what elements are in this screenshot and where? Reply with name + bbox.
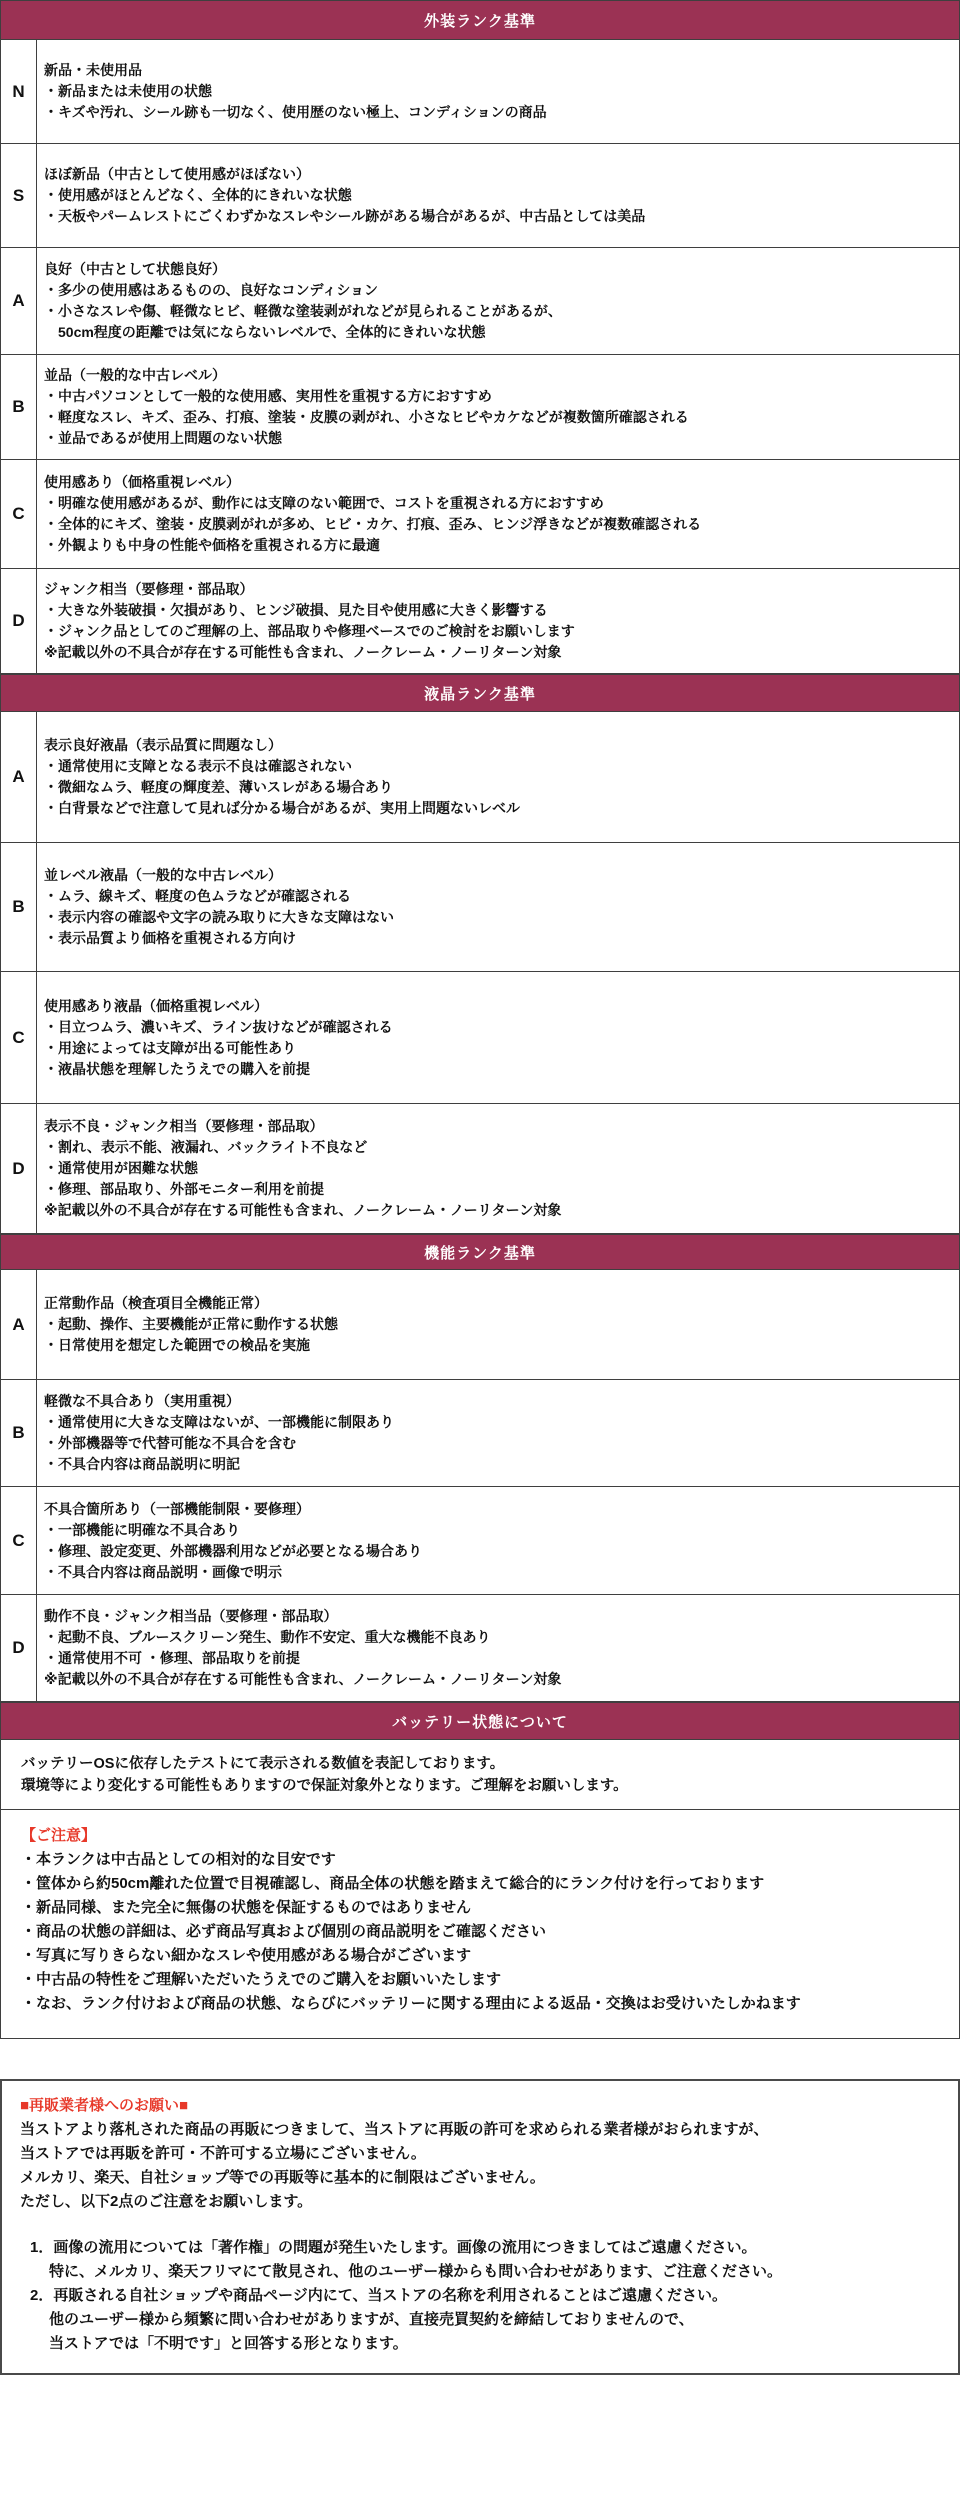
row-content: 不具合箇所あり（一部機能制限・要修理）・一部機能に明確な不具合あり・修理、設定変…	[37, 1487, 959, 1594]
rank-letter-cell: C	[1, 460, 37, 568]
criteria-line: ・中古パソコンとして一般的な使用感、実用性を重視する方におすすめ	[44, 386, 945, 407]
info-row: バッテリーOSに依存したテストにて表示される数値を表記しております。環境等により…	[1, 1740, 959, 1810]
criteria-line: ・通常使用が困難な状態	[44, 1158, 945, 1179]
criteria-line: ・表示内容の確認や文字の読み取りに大きな支障はない	[44, 907, 945, 928]
criteria-line: 動作不良・ジャンク相当品（要修理・部品取）	[44, 1606, 945, 1627]
rank-letter-cell: A	[1, 1270, 37, 1379]
reseller-item-line: 他のユーザー様から頻繁に問い合わせがありますが、直接売買契約を締結しておりません…	[20, 2308, 940, 2332]
criteria-line: ※記載以外の不具合が存在する可能性も含まれ、ノークレーム・ノーリターン対象	[44, 1669, 945, 1690]
criteria-line: ・なお、ランク付けおよび商品の状態、ならびにバッテリーに関する理由による返品・交…	[21, 1992, 945, 2016]
criteria-line: ※記載以外の不具合が存在する可能性も含まれ、ノークレーム・ノーリターン対象	[44, 1200, 945, 1221]
reseller-item-line: 当ストアでは「不明です」と回答する形となります。	[20, 2332, 940, 2356]
criteria-line: 50cm程度の距離では気にならないレベルで、全体的にきれいな状態	[44, 322, 945, 343]
criteria-line: 環境等により変化する可能性もありますので保証対象外となります。ご理解をお願いしま…	[21, 1775, 945, 1797]
criteria-line: ・白背景などで注意して見れば分かる場合があるが、実用上問題ないレベル	[44, 798, 945, 819]
reseller-item-line: 特に、メルカリ、楽天フリマにて散見され、他のユーザー様からも問い合わせがあります…	[20, 2260, 940, 2284]
rank-letter-cell: B	[1, 355, 37, 459]
criteria-line: ・微細なムラ、軽度の輝度差、薄いスレがある場合あり	[44, 777, 945, 798]
criteria-line: 並品（一般的な中古レベル）	[44, 365, 945, 386]
criteria-line: ・筐体から約50cm離れた位置で目視確認し、商品全体の状態を踏まえて総合的にラン…	[21, 1872, 945, 1896]
rank-letter-cell: A	[1, 712, 37, 842]
rank-row-d: D表示不良・ジャンク相当（要修理・部品取）・割れ、表示不能、液漏れ、バックライト…	[1, 1104, 959, 1234]
rank-row-c: C不具合箇所あり（一部機能制限・要修理）・一部機能に明確な不具合あり・修理、設定…	[1, 1487, 959, 1595]
reseller-item-line: 1．画像の流用については「著作権」の問題が発生いたします。画像の流用につきまして…	[20, 2236, 940, 2260]
row-content: 【ご注意】・本ランクは中古品としての相対的な目安です・筐体から約50cm離れた位…	[1, 1810, 959, 2038]
rank-row-d: Dジャンク相当（要修理・部品取）・大きな外装破損・欠損があり、ヒンジ破損、見た目…	[1, 569, 959, 674]
criteria-line: 使用感あり液晶（価格重視レベル）	[44, 996, 945, 1017]
rank-row-b: B並レベル液晶（一般的な中古レベル）・ムラ、線キズ、軽度の色ムラなどが確認される…	[1, 843, 959, 972]
reseller-intro-line: 当ストアでは再販を許可・不許可する立場にございません。	[20, 2142, 940, 2166]
criteria-line: ・天板やパームレストにごくわずかなスレやシール跡がある場合があるが、中古品として…	[44, 206, 945, 227]
criteria-line: ジャンク相当（要修理・部品取）	[44, 579, 945, 600]
rank-criteria-sheet: 外装ランク基準N新品・未使用品・新品または未使用の状態・キズや汚れ、シール跡も一…	[0, 0, 960, 2500]
criteria-line: ・キズや汚れ、シール跡も一切なく、使用歴のない極上、コンディションの商品	[44, 102, 945, 123]
rank-row-b: B並品（一般的な中古レベル）・中古パソコンとして一般的な使用感、実用性を重視する…	[1, 355, 959, 460]
criteria-line: ・日常使用を想定した範囲での検品を実施	[44, 1335, 945, 1356]
criteria-line: バッテリーOSに依存したテストにて表示される数値を表記しております。	[21, 1753, 945, 1775]
section-spacer	[0, 2039, 960, 2079]
rank-letter-cell: C	[1, 972, 37, 1103]
row-content: バッテリーOSに依存したテストにて表示される数値を表記しております。環境等により…	[1, 1740, 959, 1809]
rank-row-c: C使用感あり（価格重視レベル）・明確な使用感があるが、動作には支障のない範囲で、…	[1, 460, 959, 569]
reseller-item-line: 2．再販される自社ショップや商品ページ内にて、当ストアの名称を利用されることはご…	[20, 2284, 940, 2308]
row-content: 正常動作品（検査項目全機能正常）・起動、操作、主要機能が正常に動作する状態・日常…	[37, 1270, 959, 1379]
row-content: ほぼ新品（中古として使用感がほぼない）・使用感がほとんどなく、全体的にきれいな状…	[37, 144, 959, 247]
criteria-line: ・本ランクは中古品としての相対的な目安です	[21, 1848, 945, 1872]
rank-row-n: N新品・未使用品・新品または未使用の状態・キズや汚れ、シール跡も一切なく、使用歴…	[1, 40, 959, 144]
reseller-intro-line: メルカリ、楽天、自社ショップ等での再販等に基本的に制限はございません。	[20, 2166, 940, 2190]
rank-letter-cell: A	[1, 248, 37, 354]
criteria-line: ・大きな外装破損・欠損があり、ヒンジ破損、見た目や使用感に大きく影響する	[44, 600, 945, 621]
rank-letter-cell: C	[1, 1487, 37, 1594]
criteria-line: ※記載以外の不具合が存在する可能性も含まれ、ノークレーム・ノーリターン対象	[44, 642, 945, 663]
criteria-line: 軽微な不具合あり（実用重視）	[44, 1391, 945, 1412]
criteria-line: ・液晶状態を理解したうえでの購入を前提	[44, 1059, 945, 1080]
criteria-line: ・通常使用に支障となる表示不良は確認されない	[44, 756, 945, 777]
row-content: 新品・未使用品・新品または未使用の状態・キズや汚れ、シール跡も一切なく、使用歴の…	[37, 40, 959, 143]
criteria-line: ・用途によっては支障が出る可能性あり	[44, 1038, 945, 1059]
criteria-line: ・使用感がほとんどなく、全体的にきれいな状態	[44, 185, 945, 206]
section-header-4: バッテリー状態について	[1, 1702, 959, 1740]
criteria-line: ・商品の状態の詳細は、必ず商品写真および個別の商品説明をご確認ください	[21, 1920, 945, 1944]
criteria-line: ・不具合内容は商品説明に明記	[44, 1454, 945, 1475]
criteria-line: 新品・未使用品	[44, 60, 945, 81]
criteria-line: 正常動作品（検査項目全機能正常）	[44, 1293, 945, 1314]
criteria-line: 使用感あり（価格重視レベル）	[44, 472, 945, 493]
rank-letter-cell: S	[1, 144, 37, 247]
criteria-line: ・ジャンク品としてのご理解の上、部品取りや修理ベースでのご検討をお願いします	[44, 621, 945, 642]
rank-row-c: C使用感あり液晶（価格重視レベル）・目立つムラ、濃いキズ、ライン抜けなどが確認さ…	[1, 972, 959, 1104]
reseller-intro-line: ただし、以下2点のご注意をお願いします。	[20, 2190, 940, 2214]
row-content: 使用感あり（価格重視レベル）・明確な使用感があるが、動作には支障のない範囲で、コ…	[37, 460, 959, 568]
reseller-items: 1．画像の流用については「著作権」の問題が発生いたします。画像の流用につきまして…	[20, 2236, 940, 2356]
criteria-line: ・通常使用に大きな支障はないが、一部機能に制限あり	[44, 1412, 945, 1433]
rank-letter-cell: N	[1, 40, 37, 143]
rank-row-a: A良好（中古として状態良好）・多少の使用感はあるものの、良好なコンディション・小…	[1, 248, 959, 355]
rank-row-d: D動作不良・ジャンク相当品（要修理・部品取）・起動不良、ブルースクリーン発生、動…	[1, 1595, 959, 1702]
rank-row-s: Sほぼ新品（中古として使用感がほぼない）・使用感がほとんどなく、全体的にきれいな…	[1, 144, 959, 248]
criteria-line: ・並品であるが使用上問題のない状態	[44, 428, 945, 449]
section-header-3: 機能ランク基準	[1, 1234, 959, 1270]
criteria-line: ・修理、部品取り、外部モニター利用を前提	[44, 1179, 945, 1200]
criteria-line: ・ムラ、線キズ、軽度の色ムラなどが確認される	[44, 886, 945, 907]
rank-letter-cell: B	[1, 843, 37, 971]
rank-row-a: A正常動作品（検査項目全機能正常）・起動、操作、主要機能が正常に動作する状態・日…	[1, 1270, 959, 1380]
rank-row-a: A表示良好液晶（表示品質に問題なし）・通常使用に支障となる表示不良は確認されない…	[1, 712, 959, 843]
rank-letter-cell: B	[1, 1380, 37, 1486]
criteria-line: ・全体的にキズ、塗装・皮膜剥がれが多め、ヒビ・カケ、打痕、歪み、ヒンジ浮きなどが…	[44, 514, 945, 535]
criteria-line: ・修理、設定変更、外部機器利用などが必要となる場合あり	[44, 1541, 945, 1562]
criteria-line: ・通常使用不可 ・修理、部品取りを前提	[44, 1648, 945, 1669]
criteria-line: ・表示品質より価格を重視される方向け	[44, 928, 945, 949]
criteria-line: 表示良好液晶（表示品質に問題なし）	[44, 735, 945, 756]
row-content: 並レベル液晶（一般的な中古レベル）・ムラ、線キズ、軽度の色ムラなどが確認される・…	[37, 843, 959, 971]
criteria-line: ・小さなスレや傷、軽微なヒビ、軽微な塗装剥がれなどが見られることがあるが、	[44, 301, 945, 322]
criteria-line: ・明確な使用感があるが、動作には支障のない範囲で、コストを重視される方におすすめ	[44, 493, 945, 514]
criteria-line: ・割れ、表示不能、液漏れ、バックライト不良など	[44, 1137, 945, 1158]
info-row: 【ご注意】・本ランクは中古品としての相対的な目安です・筐体から約50cm離れた位…	[1, 1810, 959, 2038]
criteria-line: ・新品または未使用の状態	[44, 81, 945, 102]
criteria-line: ・外観よりも中身の性能や価格を重視される方に最適	[44, 535, 945, 556]
section-header-1: 外装ランク基準	[1, 0, 959, 40]
row-content: 表示良好液晶（表示品質に問題なし）・通常使用に支障となる表示不良は確認されない・…	[37, 712, 959, 842]
criteria-line: ・不具合内容は商品説明・画像で明示	[44, 1562, 945, 1583]
rank-criteria-table: 外装ランク基準N新品・未使用品・新品または未使用の状態・キズや汚れ、シール跡も一…	[0, 0, 960, 2039]
criteria-line: 不具合箇所あり（一部機能制限・要修理）	[44, 1499, 945, 1520]
reseller-intro-line: 当ストアより落札された商品の再販につきまして、当ストアに再販の許可を求められる業…	[20, 2118, 940, 2142]
notice-heading: 【ご注意】	[21, 1824, 945, 1848]
row-content: 軽微な不具合あり（実用重視）・通常使用に大きな支障はないが、一部機能に制限あり・…	[37, 1380, 959, 1486]
rank-letter-cell: D	[1, 569, 37, 673]
criteria-line: ・一部機能に明確な不具合あり	[44, 1520, 945, 1541]
criteria-line: ・多少の使用感はあるものの、良好なコンディション	[44, 280, 945, 301]
rank-letter-cell: D	[1, 1595, 37, 1701]
criteria-line: 良好（中古として状態良好）	[44, 259, 945, 280]
criteria-line: ・軽度なスレ、キズ、歪み、打痕、塗装・皮膜の剥がれ、小さなヒビやカケなどが複数箇…	[44, 407, 945, 428]
reseller-intro: 当ストアより落札された商品の再販につきまして、当ストアに再販の許可を求められる業…	[20, 2118, 940, 2214]
row-content: 良好（中古として状態良好）・多少の使用感はあるものの、良好なコンディション・小さ…	[37, 248, 959, 354]
criteria-line: 並レベル液晶（一般的な中古レベル）	[44, 865, 945, 886]
row-content: 動作不良・ジャンク相当品（要修理・部品取）・起動不良、ブルースクリーン発生、動作…	[37, 1595, 959, 1701]
criteria-line: ・目立つムラ、濃いキズ、ライン抜けなどが確認される	[44, 1017, 945, 1038]
criteria-line: 表示不良・ジャンク相当（要修理・部品取）	[44, 1116, 945, 1137]
criteria-line: ・起動不良、ブルースクリーン発生、動作不安定、重大な機能不良あり	[44, 1627, 945, 1648]
criteria-line: ・新品同様、また完全に無傷の状態を保証するものではありません	[21, 1896, 945, 1920]
criteria-line: ・中古品の特性をご理解いただいたうえでのご購入をお願いいたします	[21, 1968, 945, 1992]
rank-row-b: B軽微な不具合あり（実用重視）・通常使用に大きな支障はないが、一部機能に制限あり…	[1, 1380, 959, 1487]
criteria-line: ・起動、操作、主要機能が正常に動作する状態	[44, 1314, 945, 1335]
criteria-line: ・写真に写りきらない細かなスレや使用感がある場合がございます	[21, 1944, 945, 1968]
row-content: 使用感あり液晶（価格重視レベル）・目立つムラ、濃いキズ、ライン抜けなどが確認され…	[37, 972, 959, 1103]
criteria-line: ・外部機器等で代替可能な不具合を含む	[44, 1433, 945, 1454]
row-content: ジャンク相当（要修理・部品取）・大きな外装破損・欠損があり、ヒンジ破損、見た目や…	[37, 569, 959, 673]
rank-letter-cell: D	[1, 1104, 37, 1233]
reseller-heading: ■再販業者様へのお願い■	[20, 2094, 940, 2118]
section-header-2: 液晶ランク基準	[1, 674, 959, 712]
reseller-notice-box: ■再販業者様へのお願い■ 当ストアより落札された商品の再販につきまして、当ストア…	[0, 2079, 960, 2375]
row-content: 並品（一般的な中古レベル）・中古パソコンとして一般的な使用感、実用性を重視する方…	[37, 355, 959, 459]
criteria-line: ほぼ新品（中古として使用感がほぼない）	[44, 164, 945, 185]
row-content: 表示不良・ジャンク相当（要修理・部品取）・割れ、表示不能、液漏れ、バックライト不…	[37, 1104, 959, 1233]
